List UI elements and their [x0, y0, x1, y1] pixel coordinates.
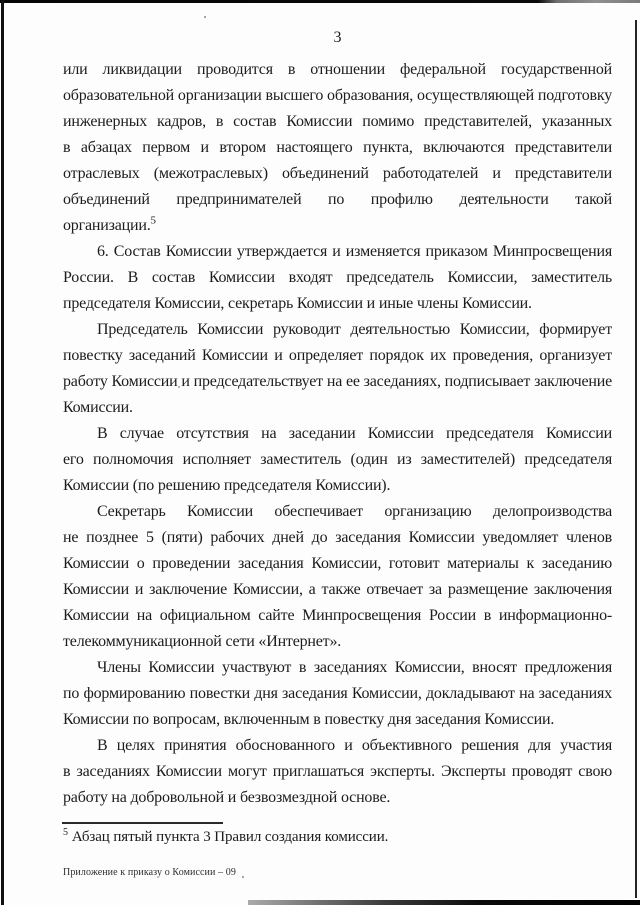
paragraph: Председатель Комиссии руководит деятельн… — [63, 317, 612, 421]
footnote-marker: 5 — [63, 827, 68, 838]
scan-edge-right — [635, 20, 637, 898]
scan-speck — [242, 876, 244, 878]
text-line: работу на добровольной и безвозмездной о… — [63, 785, 612, 811]
footnote-separator — [62, 822, 223, 824]
scan-edge-left — [1, 0, 4, 905]
text-line: Члены Комиссии участвуют в заседаниях Ко… — [63, 655, 612, 681]
text-line: Комиссии на официальном сайте Минпросвещ… — [63, 603, 612, 629]
paragraph: Секретарь Комиссии обеспечивает организа… — [63, 499, 612, 655]
text-line: Секретарь Комиссии обеспечивает организа… — [63, 499, 612, 525]
text-line: инженерных кадров, в состав Комиссии пом… — [63, 109, 612, 135]
text-line: в абзацах первом и втором настоящего пун… — [63, 135, 612, 161]
text-line: телекоммуникационной сети «Интернет». — [63, 629, 612, 655]
scan-edge-top — [0, 0, 640, 3]
paragraph: В целях принятия обоснованного и объекти… — [63, 733, 612, 811]
footnote: 5Абзац пятый пункта 3 Правил создания ко… — [63, 829, 388, 846]
text-line: организации.5 — [63, 213, 612, 239]
scan-edge-bottom — [248, 900, 640, 905]
text-line: работу Комиссии и председательствует на … — [63, 369, 612, 395]
paragraph: Члены Комиссии участвуют в заседаниях Ко… — [63, 655, 612, 733]
text-line: В целях принятия обоснованного и объекти… — [63, 733, 612, 759]
text-line: России. В состав Комиссии входят председ… — [63, 265, 612, 291]
text-line: Комиссии о проведении заседания Комиссии… — [63, 551, 612, 577]
document-body: или ликвидации проводится в отношении фе… — [63, 57, 612, 811]
text-line: председателя Комиссии, секретарь Комисси… — [63, 291, 612, 317]
page-number: 3 — [63, 29, 612, 47]
paragraph: В случае отсутствия на заседании Комисси… — [63, 421, 612, 499]
footer-label: Приложение к приказу о Комиссии – 09 — [63, 867, 236, 878]
text-line: Комиссии (по решению председателя Комисс… — [63, 473, 612, 499]
paragraph: 6. Состав Комиссии утверждается и изменя… — [63, 239, 612, 317]
text-line: образовательной организации высшего обра… — [63, 83, 612, 109]
footnote-reference: 5 — [151, 215, 156, 227]
text-line: по формированию повестки дня заседания К… — [63, 681, 612, 707]
text-line: Комиссии. — [63, 395, 612, 421]
text-line: в заседаниях Комиссии могут приглашаться… — [63, 759, 612, 785]
text-line: 6. Состав Комиссии утверждается и изменя… — [63, 239, 612, 265]
text-line: Комиссии по вопросам, включенным в повес… — [63, 707, 612, 733]
text-line: повестку заседаний Комиссии и определяет… — [63, 343, 612, 369]
text-line: не позднее 5 (пяти) рабочих дней до засе… — [63, 525, 612, 551]
scan-speck — [204, 16, 206, 18]
text-line: Председатель Комиссии руководит деятельн… — [63, 317, 612, 343]
text-line: В случае отсутствия на заседании Комисси… — [63, 421, 612, 447]
footnote-text: Абзац пятый пункта 3 Правил создания ком… — [72, 829, 388, 845]
text-line: или ликвидации проводится в отношении фе… — [63, 57, 612, 83]
text-line: его полномочия исполняет заместитель (од… — [63, 447, 612, 473]
text-line: отраслевых (межотраслевых) объединений р… — [63, 161, 612, 187]
text-line: объединений предпринимателей по профилю … — [63, 187, 612, 213]
paragraph: или ликвидации проводится в отношении фе… — [63, 57, 612, 239]
text-line: Комиссии и заключение Комиссии, а также … — [63, 577, 612, 603]
scanned-document-page: 3 или ликвидации проводится в отношении … — [0, 0, 640, 905]
